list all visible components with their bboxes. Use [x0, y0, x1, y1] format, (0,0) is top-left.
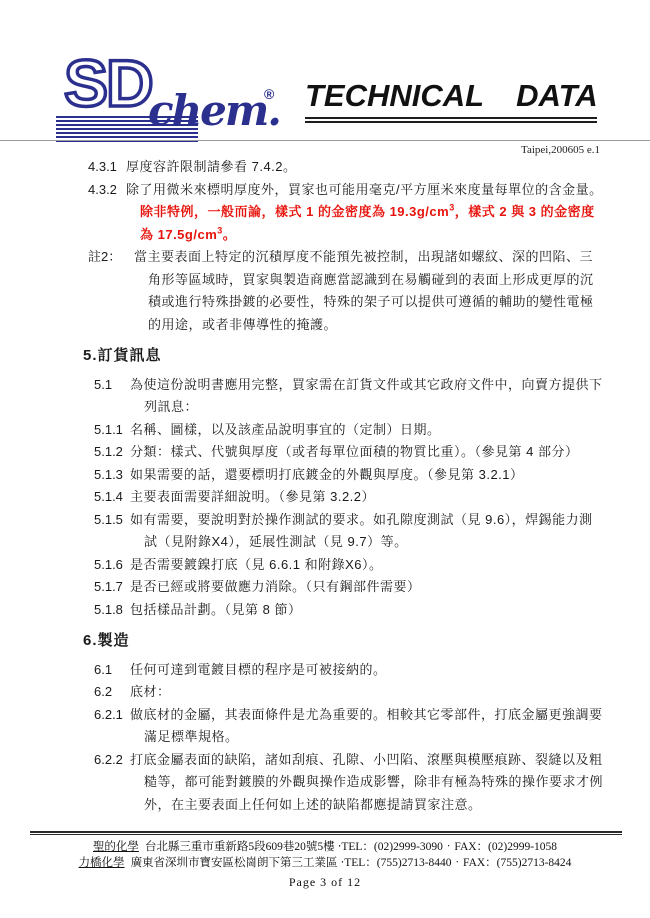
- company-contact: ‧TEL：(02)2999-3090‧FAX：(02)2999-1058: [338, 841, 557, 853]
- clause-number: 6.2.2: [94, 749, 130, 772]
- clause-number: 5.1.4: [94, 486, 130, 509]
- company-address: 台北縣三重市重新路5段609巷20號5樓: [145, 841, 335, 853]
- clause-text: 如有需要，要說明對於操作測試的要求。如孔隙度測試（見 9.6），焊錫能力測試（見…: [130, 509, 604, 554]
- document-page: SD chem. ® TECHNICAL DATA Taipei,200605 …: [0, 0, 650, 918]
- clause-number: 5.1.2: [94, 441, 130, 464]
- registered-trademark-icon: ®: [264, 86, 274, 102]
- document-body: 4.3.1 厚度容許限制請參看 7.4.2。 4.3.2 除了用微米來標明厚度外…: [88, 156, 604, 816]
- clause-text: 如果需要的話，還要標明打底鍍金的外觀與厚度。（參見第 3.2.1）: [130, 464, 604, 487]
- section-5-heading: 5.訂貨訊息: [83, 345, 604, 368]
- clause-5-1-3: 5.1.3 如果需要的話，還要標明打底鍍金的外觀與厚度。（參見第 3.2.1）: [94, 464, 604, 487]
- clause-text: 是否需要鍍鎳打底（見 6.6.1 和附錄X6）。: [130, 554, 604, 577]
- clause-text: 是否已經或將要做應力消除。（只有鋼部件需要）: [130, 576, 604, 599]
- page-number: Page 3 of 12: [0, 874, 650, 890]
- clause-number: 5.1.5: [94, 509, 130, 532]
- clause-text: 任何可達到電鍍目標的程序是可被接納的。: [130, 659, 604, 682]
- density-note-text: 除非特例，一般而論，樣式 1 的金密度為 19.3g/cm: [140, 204, 449, 219]
- clause-4-3-1: 4.3.1 厚度容許限制請參看 7.4.2。: [88, 156, 604, 179]
- clause-5-1-8: 5.1.8 包括樣品計劃。（見第 8 節）: [94, 599, 604, 622]
- clause-5-1-4: 5.1.4 主要表面需要詳細說明。（參見第 3.2.2）: [94, 486, 604, 509]
- clause-5-1-6: 5.1.6 是否需要鍍鎳打底（見 6.6.1 和附錄X6）。: [94, 554, 604, 577]
- density-note-text: 。: [223, 227, 237, 242]
- section-6-heading: 6.製造: [83, 630, 604, 653]
- footer-divider: [30, 831, 622, 835]
- title-double-underline: [305, 117, 597, 123]
- sdchem-logo: SD chem. ®: [56, 50, 296, 142]
- note-2: 註2： 當主要表面上特定的沉積厚度不能預先被控制，出現諸如螺紋、深的凹陷、三角形…: [88, 246, 604, 336]
- edition-label: Taipei,200605 e.1: [521, 144, 600, 156]
- company-name: 力橋化學: [79, 857, 125, 869]
- company-contact: ‧TEL：(755)2713-8440‧FAX：(755)2713-8424: [341, 857, 572, 869]
- clause-text: 打底金屬表面的缺陷，諸如刮痕、孔隙、小凹陷、滾壓與模壓痕跡、裂縫以及粗糙等，都可…: [130, 749, 604, 817]
- logo-chem-text: chem: [148, 86, 267, 135]
- clause-text: 為使這份說明書應用完整，買家需在訂貨文件或其它政府文件中，向賣方提供下列訊息：: [130, 374, 604, 419]
- footer: 聖的化學台北縣三重市重新路5段609巷20號5樓‧TEL：(02)2999-30…: [0, 839, 650, 890]
- clause-number: 5.1.3: [94, 464, 130, 487]
- clause-text: 主要表面需要詳細說明。（參見第 3.2.2）: [130, 486, 604, 509]
- clause-text: 名稱、圖樣，以及該產品說明事宜的（定制）日期。: [130, 419, 604, 442]
- clause-4-3-2: 4.3.2 除了用微米來標明厚度外，買家也可能用毫克/平方厘米來度量每單位的含金…: [88, 179, 604, 202]
- document-title-block: TECHNICAL DATA: [305, 79, 597, 123]
- clause-text: 除了用微米來標明厚度外，買家也可能用毫克/平方厘米來度量每單位的含金量。: [126, 179, 604, 202]
- clause-number: 5.1.6: [94, 554, 130, 577]
- clause-text: 分類：樣式、代號與厚度（或者每單位面積的物質比重）。（參見第 4 部分）: [130, 441, 604, 464]
- company-address: 廣東省深圳市寶安區松崗朗下第三工業區: [131, 857, 338, 869]
- clause-text: 包括樣品計劃。（見第 8 節）: [130, 599, 604, 622]
- header-divider: [0, 140, 650, 141]
- clause-5-1-7: 5.1.7 是否已經或將要做應力消除。（只有鋼部件需要）: [94, 576, 604, 599]
- clause-number: 6.2.1: [94, 704, 130, 727]
- clause-number: 6.2: [94, 681, 130, 704]
- clause-5-1-1: 5.1.1 名稱、圖樣，以及該產品說明事宜的（定制）日期。: [94, 419, 604, 442]
- logo-sd-monogram: SD: [64, 50, 152, 116]
- clause-text: 厚度容許限制請參看 7.4.2。: [126, 156, 604, 179]
- clause-5-1: 5.1 為使這份說明書應用完整，買家需在訂貨文件或其它政府文件中，向賣方提供下列…: [94, 374, 604, 419]
- gold-density-note: 除非特例，一般而論，樣式 1 的金密度為 19.3g/cm3，樣式 2 與 3 …: [140, 201, 604, 246]
- note-label: 註2：: [88, 246, 134, 269]
- clause-text: 做底材的金屬，其表面條件是尤為重要的。相較其它零部件，打底金屬更強調要滿足標準規…: [130, 704, 604, 749]
- clause-number: 5.1: [94, 374, 130, 397]
- clause-6-2-2: 6.2.2 打底金屬表面的缺陷，諸如刮痕、孔隙、小凹陷、滾壓與模壓痕跡、裂縫以及…: [94, 749, 604, 817]
- clause-number: 4.3.2: [88, 179, 126, 202]
- logo-chem-wordmark: chem.: [148, 90, 280, 132]
- footer-line-taipei: 聖的化學台北縣三重市重新路5段609巷20號5樓‧TEL：(02)2999-30…: [0, 839, 650, 855]
- clause-number: 5.1.1: [94, 419, 130, 442]
- clause-number: 5.1.8: [94, 599, 130, 622]
- clause-6-2-1: 6.2.1 做底材的金屬，其表面條件是尤為重要的。相較其它零部件，打底金屬更強調…: [94, 704, 604, 749]
- footer-line-shenzhen: 力橋化學廣東省深圳市寶安區松崗朗下第三工業區‧TEL：(755)2713-844…: [0, 855, 650, 871]
- clause-6-1: 6.1 任何可達到電鍍目標的程序是可被接納的。: [94, 659, 604, 682]
- clause-5-1-5: 5.1.5 如有需要，要說明對於操作測試的要求。如孔隙度測試（見 9.6），焊錫…: [94, 509, 604, 554]
- note-text: 當主要表面上特定的沉積厚度不能預先被控制，出現諸如螺紋、深的凹陷、三角形等區域時…: [134, 246, 604, 336]
- clause-number: 6.1: [94, 659, 130, 682]
- clause-number: 5.1.7: [94, 576, 130, 599]
- clause-number: 4.3.1: [88, 156, 126, 179]
- clause-6-2: 6.2 底材：: [94, 681, 604, 704]
- clause-text: 底材：: [130, 681, 604, 704]
- company-name: 聖的化學: [93, 841, 139, 853]
- document-title: TECHNICAL DATA: [305, 79, 597, 113]
- clause-5-1-2: 5.1.2 分類：樣式、代號與厚度（或者每單位面積的物質比重）。（參見第 4 部…: [94, 441, 604, 464]
